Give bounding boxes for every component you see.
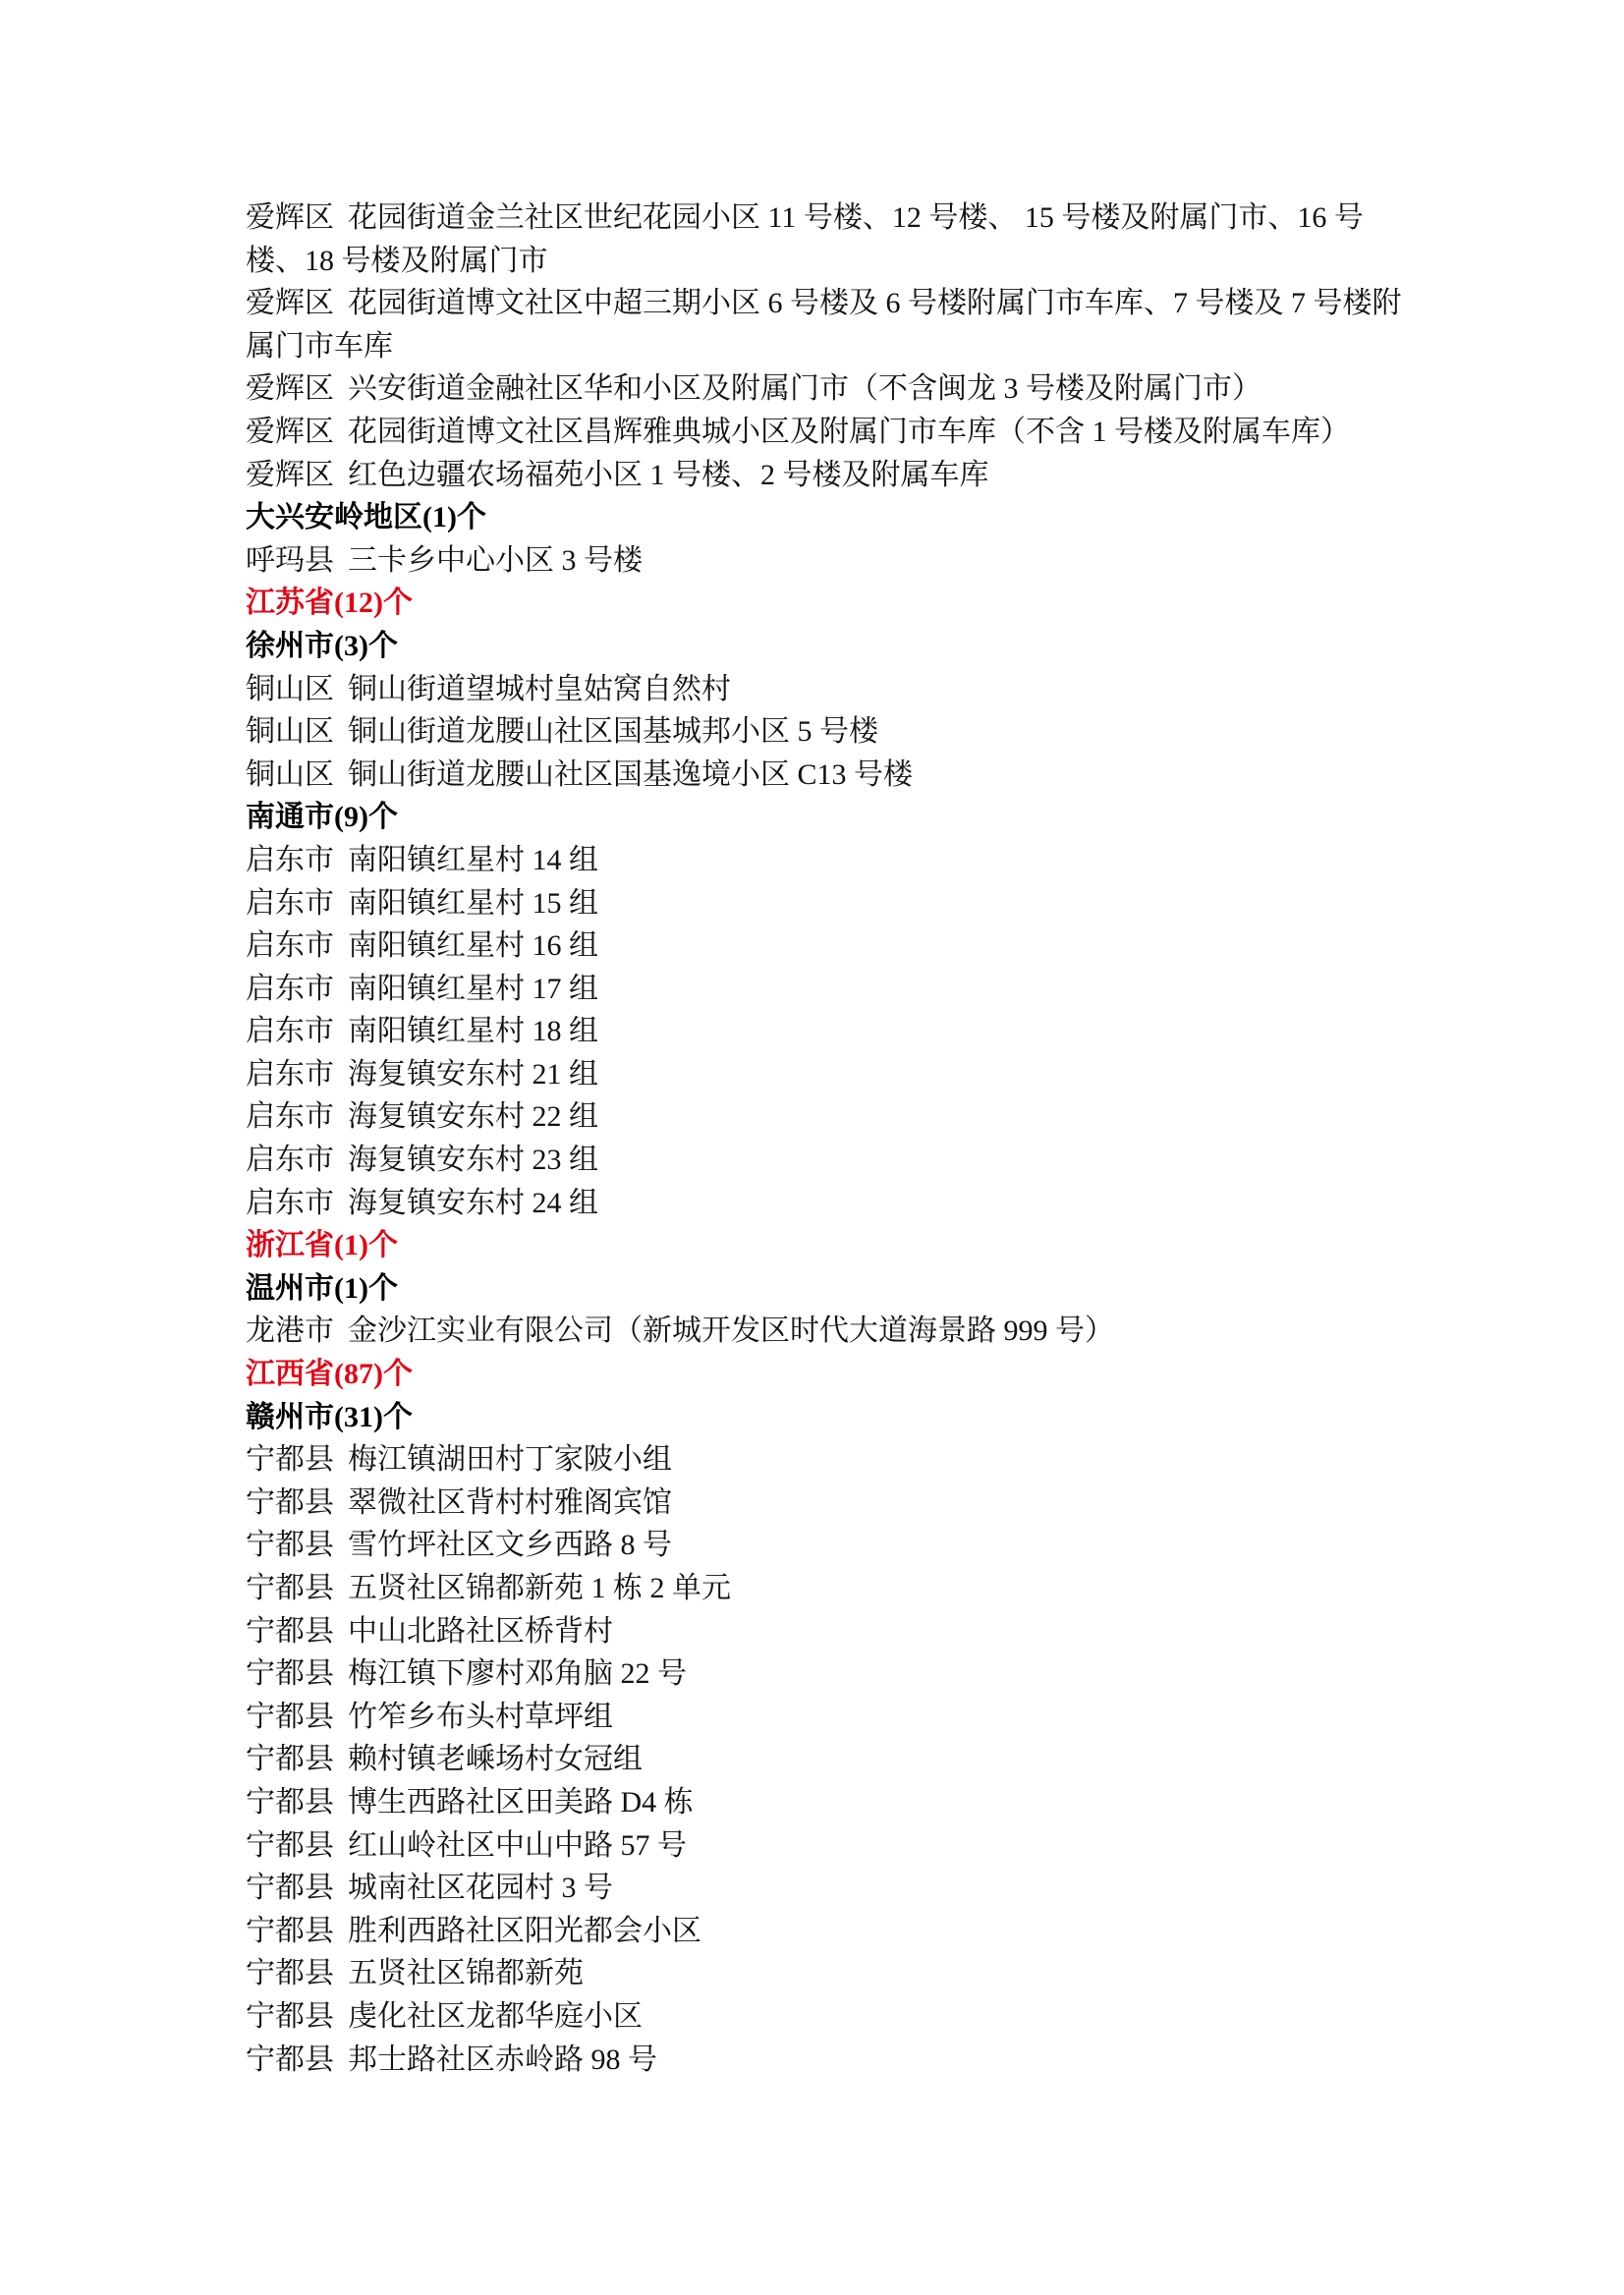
address-text: 南阳镇红星村 14 组 <box>348 844 598 876</box>
district-name: 宁都县 <box>246 1915 334 1947</box>
address-entry: 宁都县赖村镇老嵊场村女冠组 <box>246 1738 1405 1781</box>
address-entry: 宁都县竹笮乡布头村草坪组 <box>246 1696 1405 1739</box>
address-text: 南阳镇红星村 15 组 <box>348 887 598 920</box>
district-name: 启东市 <box>246 1100 334 1133</box>
address-text: 翠微社区背村村雅阁宾馆 <box>348 1486 672 1519</box>
address-text: 海复镇安东村 24 组 <box>348 1187 598 1219</box>
address-text: 海复镇安东村 22 组 <box>348 1100 598 1133</box>
address-entry: 龙港市金沙江实业有限公司（新城开发区时代大道海景路 999 号） <box>246 1310 1405 1353</box>
address-text: 红山岭社区中山中路 57 号 <box>348 1829 687 1862</box>
address-text: 中山北路社区桥背村 <box>348 1615 613 1648</box>
address-entry: 爱辉区花园街道博文社区昌辉雅典城小区及附属门市车库（不含 1 号楼及附属车库） <box>246 411 1405 454</box>
district-name: 宁都县 <box>246 1657 334 1690</box>
address-text: 花园街道金兰社区世纪花园小区 11 号楼、12 号楼、 15 号楼及附属门市、1… <box>246 201 1364 277</box>
city-heading: 温州市(1)个 <box>246 1267 1405 1311</box>
address-entry: 宁都县胜利西路社区阳光都会小区 <box>246 1910 1405 1953</box>
address-entry: 宁都县梅江镇湖田村丁家陂小组 <box>246 1438 1405 1482</box>
address-entry: 宁都县红山岭社区中山中路 57 号 <box>246 1824 1405 1868</box>
district-name: 启东市 <box>246 1058 334 1091</box>
address-text: 城南社区花园村 3 号 <box>348 1872 613 1904</box>
address-text: 花园街道博文社区昌辉雅典城小区及附属门市车库（不含 1 号楼及附属车库） <box>348 416 1350 448</box>
address-text: 海复镇安东村 21 组 <box>348 1058 598 1091</box>
address-entry: 宁都县虔化社区龙都华庭小区 <box>246 1995 1405 2039</box>
district-name: 爱辉区 <box>246 372 334 405</box>
address-text: 兴安街道金融社区华和小区及附属门市（不含闽龙 3 号楼及附属门市） <box>348 372 1261 405</box>
address-text: 花园街道博文社区中超三期小区 6 号楼及 6 号楼附属门市车库、7 号楼及 7 … <box>246 287 1402 363</box>
district-name: 宁都县 <box>246 1443 334 1476</box>
address-entry: 铜山区铜山街道望城村皇姑窝自然村 <box>246 668 1405 711</box>
district-name: 铜山区 <box>246 673 334 705</box>
address-entry: 宁都县梅江镇下廖村邓角脑 22 号 <box>246 1652 1405 1696</box>
address-text: 南阳镇红星村 17 组 <box>348 973 598 1005</box>
address-entry: 爱辉区花园街道博文社区中超三期小区 6 号楼及 6 号楼附属门市车库、7 号楼及… <box>246 282 1405 367</box>
address-text: 竹笮乡布头村草坪组 <box>348 1701 613 1733</box>
district-name: 启东市 <box>246 1187 334 1219</box>
district-name: 宁都县 <box>246 2043 334 2076</box>
district-name: 爱辉区 <box>246 459 334 491</box>
address-text: 三卡乡中心小区 3 号楼 <box>348 544 643 577</box>
address-entry: 宁都县中山北路社区桥背村 <box>246 1610 1405 1653</box>
address-entry: 爱辉区红色边疆农场福苑小区 1 号楼、2 号楼及附属车库 <box>246 454 1405 497</box>
address-entry: 启东市南阳镇红星村 15 组 <box>246 882 1405 925</box>
district-name: 爱辉区 <box>246 287 334 319</box>
address-text: 赖村镇老嵊场村女冠组 <box>348 1743 643 1775</box>
address-text: 铜山街道龙腰山社区国基逸境小区 C13 号楼 <box>348 758 913 791</box>
district-name: 启东市 <box>246 973 334 1005</box>
district-name: 爱辉区 <box>246 201 334 234</box>
district-name: 龙港市 <box>246 1315 334 1347</box>
address-entry: 宁都县博生西路社区田美路 D4 栋 <box>246 1781 1405 1824</box>
address-text: 海复镇安东村 23 组 <box>348 1144 598 1176</box>
district-name: 启东市 <box>246 887 334 920</box>
address-entry: 宁都县邦士路社区赤岭路 98 号 <box>246 2039 1405 2082</box>
address-text: 雪竹坪社区文乡西路 8 号 <box>348 1529 672 1561</box>
district-name: 宁都县 <box>246 1957 334 1989</box>
address-text: 铜山街道望城村皇姑窝自然村 <box>348 673 731 705</box>
district-name: 启东市 <box>246 844 334 876</box>
district-name: 铜山区 <box>246 758 334 791</box>
address-entry: 启东市南阳镇红星村 14 组 <box>246 839 1405 882</box>
address-entry: 铜山区铜山街道龙腰山社区国基城邦小区 5 号楼 <box>246 710 1405 754</box>
address-text: 南阳镇红星村 18 组 <box>348 1015 598 1047</box>
address-entry: 启东市南阳镇红星村 16 组 <box>246 924 1405 968</box>
address-text: 南阳镇红星村 16 组 <box>348 929 598 962</box>
province-heading: 江西省(87)个 <box>246 1353 1405 1396</box>
address-text: 红色边疆农场福苑小区 1 号楼、2 号楼及附属车库 <box>348 459 989 491</box>
address-entry: 宁都县五贤社区锦都新苑 1 栋 2 单元 <box>246 1567 1405 1610</box>
province-heading: 江苏省(12)个 <box>246 582 1405 625</box>
district-name: 启东市 <box>246 1144 334 1176</box>
address-text: 博生西路社区田美路 D4 栋 <box>348 1786 694 1819</box>
district-name: 宁都县 <box>246 1572 334 1604</box>
district-name: 宁都县 <box>246 1786 334 1819</box>
address-text: 邦士路社区赤岭路 98 号 <box>348 2043 657 2076</box>
district-name: 宁都县 <box>246 1615 334 1648</box>
city-heading: 大兴安岭地区(1)个 <box>246 496 1405 539</box>
address-entry: 呼玛县三卡乡中心小区 3 号楼 <box>246 539 1405 583</box>
address-text: 虔化社区龙都华庭小区 <box>348 2000 643 2033</box>
address-entry: 启东市海复镇安东村 22 组 <box>246 1095 1405 1139</box>
address-text: 梅江镇湖田村丁家陂小组 <box>348 1443 672 1476</box>
district-name: 呼玛县 <box>246 544 334 577</box>
province-heading: 浙江省(1)个 <box>246 1224 1405 1267</box>
address-entry: 启东市南阳镇红星村 17 组 <box>246 968 1405 1011</box>
address-entry: 启东市海复镇安东村 24 组 <box>246 1182 1405 1225</box>
district-name: 宁都县 <box>246 1872 334 1904</box>
district-name: 爱辉区 <box>246 416 334 448</box>
address-text: 胜利西路社区阳光都会小区 <box>348 1915 701 1947</box>
address-entry: 启东市海复镇安东村 23 组 <box>246 1139 1405 1182</box>
address-text: 梅江镇下廖村邓角脑 22 号 <box>348 1657 687 1690</box>
district-name: 宁都县 <box>246 1529 334 1561</box>
district-name: 宁都县 <box>246 1701 334 1733</box>
address-text: 金沙江实业有限公司（新城开发区时代大道海景路 999 号） <box>348 1315 1114 1347</box>
address-text: 铜山街道龙腰山社区国基城邦小区 5 号楼 <box>348 715 878 748</box>
address-entry: 爱辉区兴安街道金融社区华和小区及附属门市（不含闽龙 3 号楼及附属门市） <box>246 367 1405 411</box>
address-entry: 宁都县雪竹坪社区文乡西路 8 号 <box>246 1524 1405 1567</box>
city-heading: 徐州市(3)个 <box>246 625 1405 668</box>
district-name: 宁都县 <box>246 1743 334 1775</box>
district-name: 铜山区 <box>246 715 334 748</box>
address-entry: 启东市海复镇安东村 21 组 <box>246 1053 1405 1096</box>
district-name: 宁都县 <box>246 1486 334 1519</box>
district-name: 宁都县 <box>246 2000 334 2033</box>
address-entry: 铜山区铜山街道龙腰山社区国基逸境小区 C13 号楼 <box>246 754 1405 797</box>
document-page: 爱辉区花园街道金兰社区世纪花园小区 11 号楼、12 号楼、 15 号楼及附属门… <box>246 196 1405 2081</box>
address-entry: 宁都县五贤社区锦都新苑 <box>246 1952 1405 1995</box>
city-heading: 南通市(9)个 <box>246 796 1405 839</box>
address-entry: 宁都县翠微社区背村村雅阁宾馆 <box>246 1482 1405 1525</box>
district-name: 启东市 <box>246 929 334 962</box>
address-entry: 宁都县城南社区花园村 3 号 <box>246 1867 1405 1910</box>
city-heading: 赣州市(31)个 <box>246 1396 1405 1439</box>
district-name: 宁都县 <box>246 1829 334 1862</box>
address-text: 五贤社区锦都新苑 1 栋 2 单元 <box>348 1572 731 1604</box>
district-name: 启东市 <box>246 1015 334 1047</box>
address-entry: 爱辉区花园街道金兰社区世纪花园小区 11 号楼、12 号楼、 15 号楼及附属门… <box>246 196 1405 282</box>
address-entry: 启东市南阳镇红星村 18 组 <box>246 1010 1405 1053</box>
address-text: 五贤社区锦都新苑 <box>348 1957 584 1989</box>
